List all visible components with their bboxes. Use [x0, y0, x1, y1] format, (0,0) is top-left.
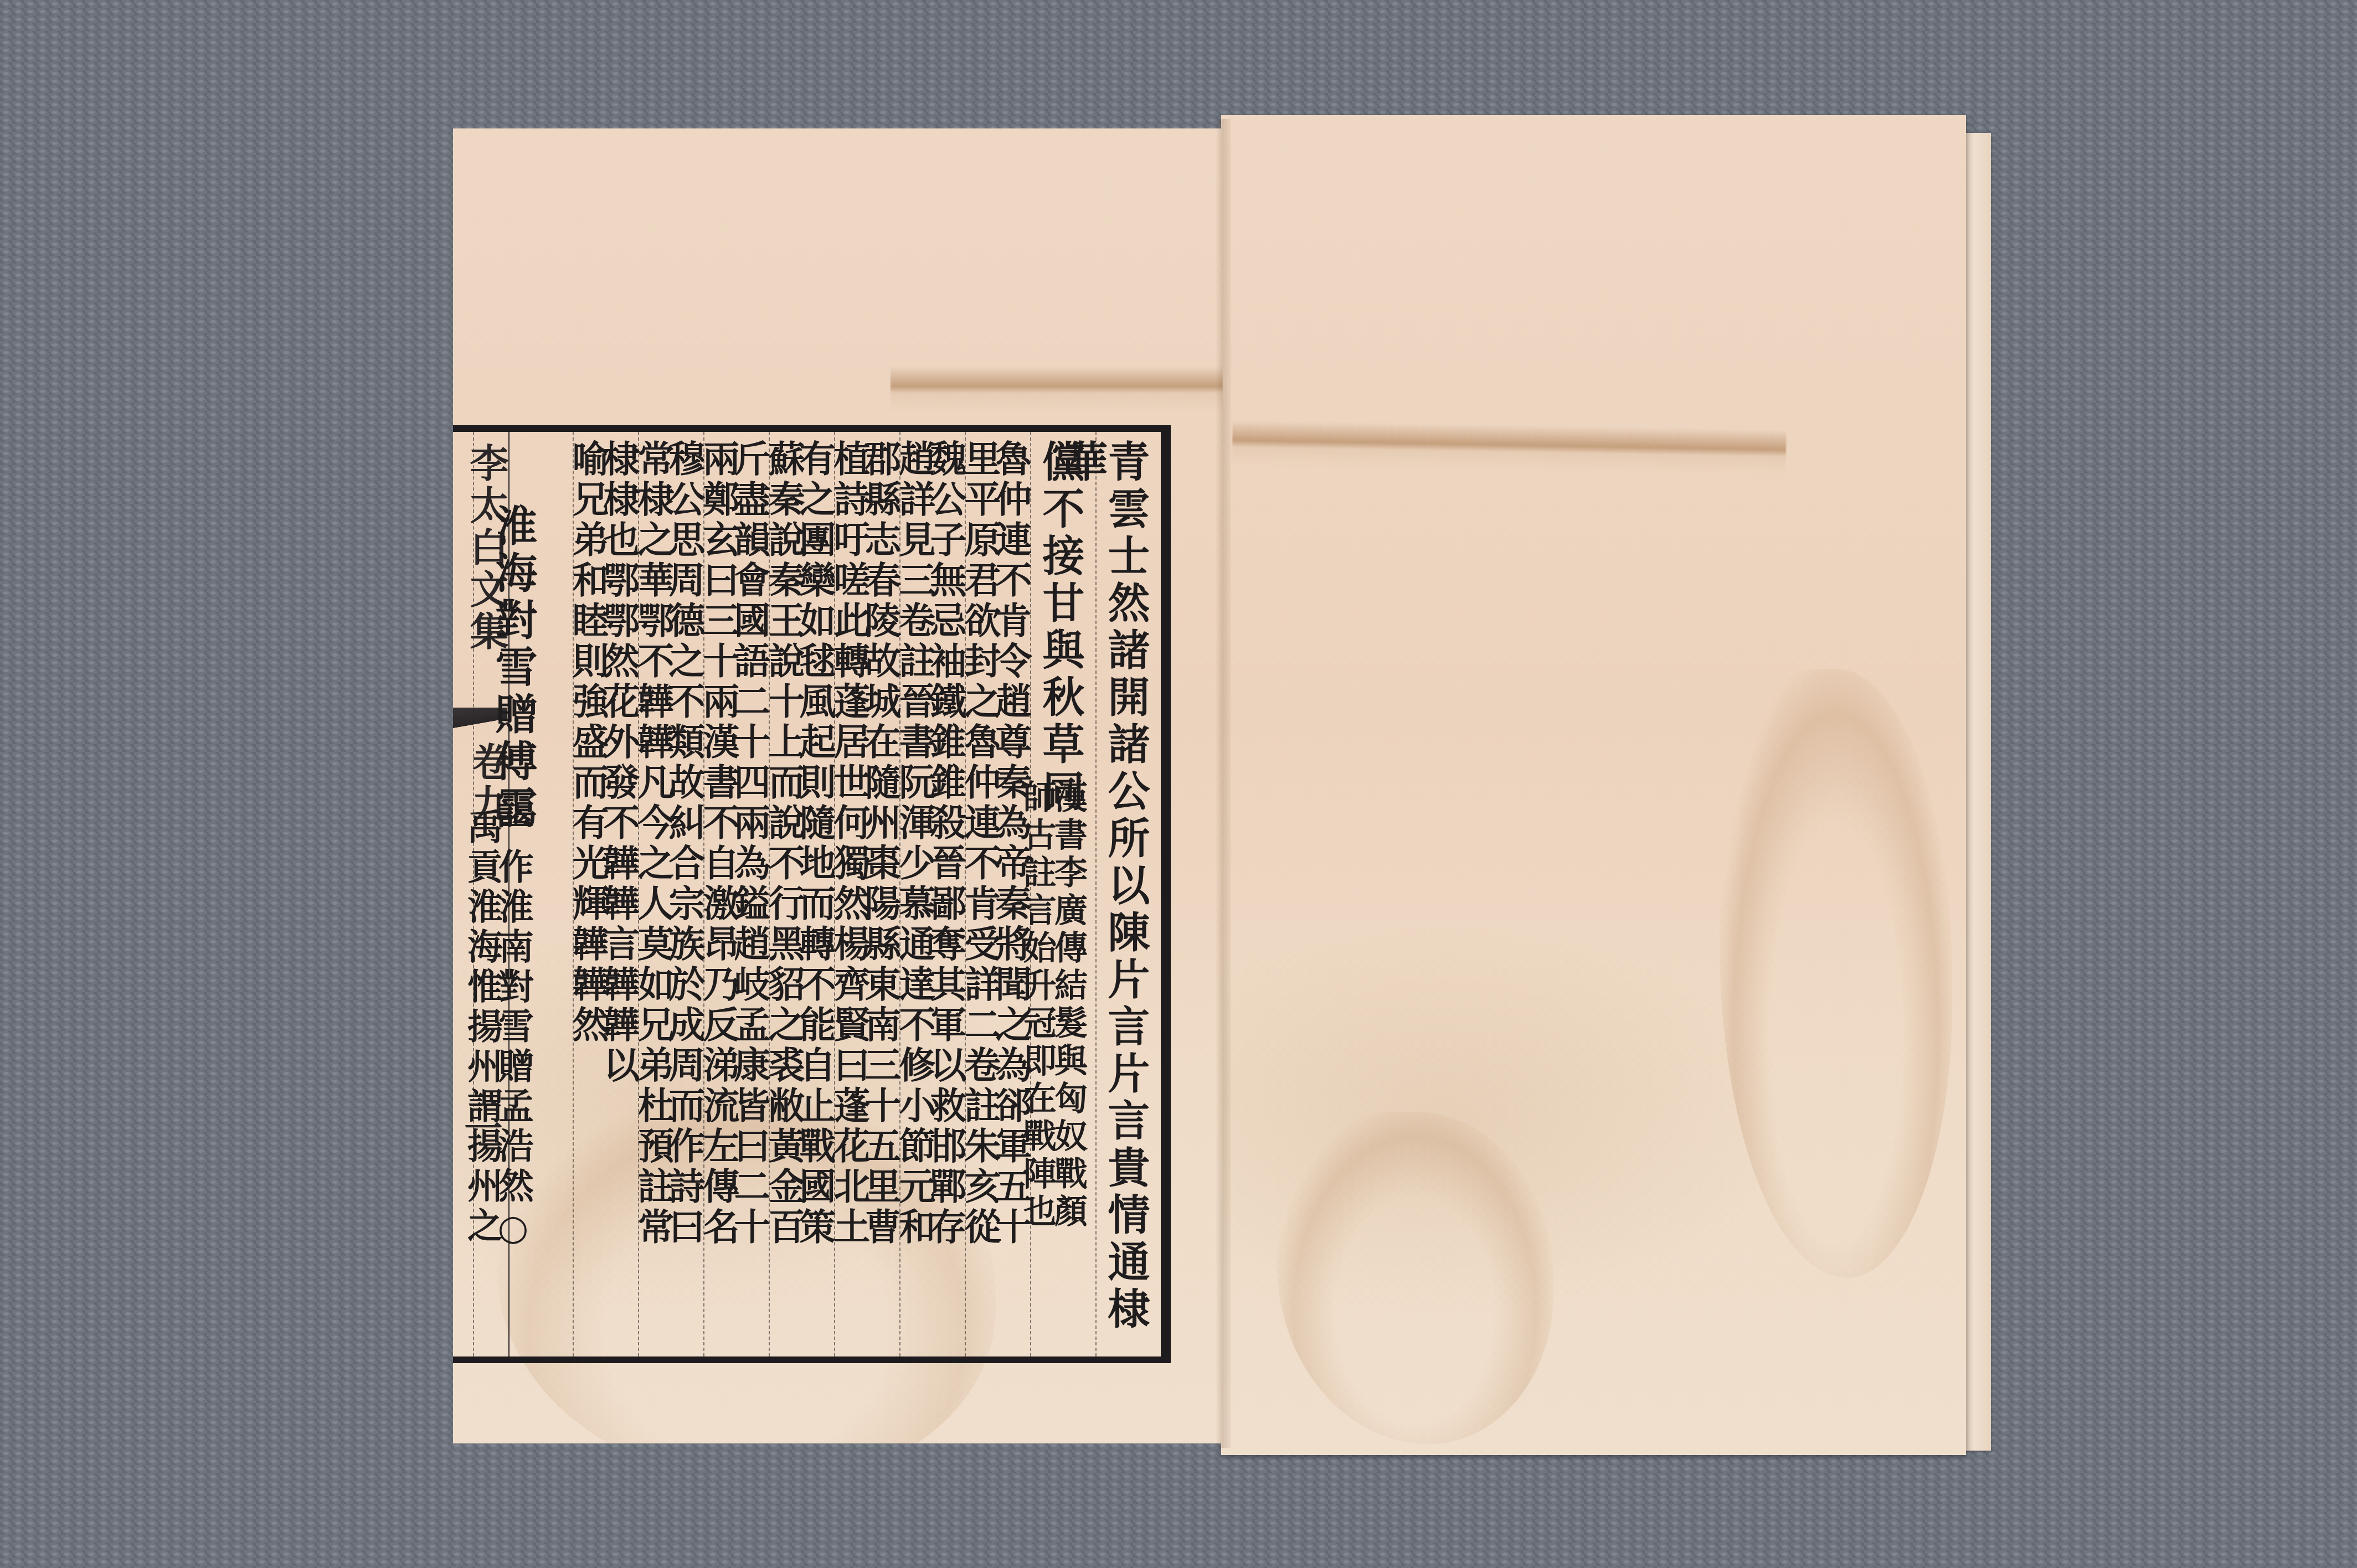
- text-column: 魏公子無忌袖鐵錐錐殺晉鄙奪其軍以救邯鄲存 趙詳見三卷註晉書阮渾少慕通達不修小節元…: [899, 432, 965, 1356]
- text-column: 有之團欒如毬風起則隨地而轉不能自止戰國策 蘇秦說秦王說十上而說不行黑貂之裘敝黃金…: [769, 432, 834, 1356]
- annotation-text: 禹貢淮海惟揚州謂揚州之: [456, 808, 507, 1247]
- water-stain: [1277, 1112, 1553, 1444]
- right-page-blank: [1221, 115, 1966, 1455]
- annotation-text: 喻兄弟和睦則強盛而有光輝韡韡然: [569, 440, 606, 1046]
- text-column: 斤盡韻會國語二十四兩為鎰趙岐孟康皆曰二十 兩鄭玄曰三十兩漢書不自激昂乃反涕流左傳…: [703, 432, 769, 1356]
- text-column: 儻不接甘與秋草同 漢書李廣傳結髮與匈奴戰顏 師古註言始升冠即在戰陣也: [1030, 432, 1095, 1356]
- text-column: 青雲士然諸開諸公所以陳片言片言貴情通棣華: [1095, 432, 1161, 1356]
- text-column: 郡縣志春陵故城在隨州棗陽縣東南三十五里曹 植詩吁嗟此轉蓬居世何獨然楊齊賢曰蓬花北…: [834, 432, 899, 1356]
- water-stain: [891, 367, 1223, 411]
- text-column: 魯仲連不肯令趙尊秦為帝秦將聞之為郤軍五十 里平原君欲封之魯仲連不肯受詳二卷註朱亥…: [965, 432, 1030, 1356]
- page-stack-edge: [1963, 133, 1991, 1451]
- book-gutter: [1216, 119, 1231, 1448]
- water-stain: [1720, 669, 1952, 1278]
- text-column-poem-title: 淮海對雪贈傅靄 一作淮南對雪贈孟浩然○ 禹貢淮海惟揚州謂揚州之: [473, 432, 573, 1356]
- text-columns: 青雲士然諸開諸公所以陳片言片言貴情通棣華 儻不接甘與秋草同 漢書李廣傳結髮與匈奴…: [473, 432, 1161, 1356]
- book-photo: 李太白文集 卷九 二 青雲士然諸開諸公所以陳片言片言貴情通棣華 儻不接甘與秋草同…: [0, 0, 2357, 1568]
- text-column: 穆公思周德之不類故糾合宗族於成周而作詩曰 常棣之華鄂不韡韡凡今之人莫如兄弟杜預註…: [638, 432, 703, 1356]
- main-text: 儻不接甘與秋草同: [1039, 440, 1081, 816]
- poem-title: 淮海對雪贈傅靄: [492, 504, 534, 833]
- text-column: 棣棣也鄂鄂然花外發不韡韡言韡韡以 喻兄弟和睦則強盛而有光輝韡韡然: [573, 432, 638, 1356]
- printed-text-block: 李太白文集 卷九 二 青雲士然諸開諸公所以陳片言片言貴情通棣華 儻不接甘與秋草同…: [453, 425, 1171, 1363]
- water-stain: [1232, 420, 1786, 474]
